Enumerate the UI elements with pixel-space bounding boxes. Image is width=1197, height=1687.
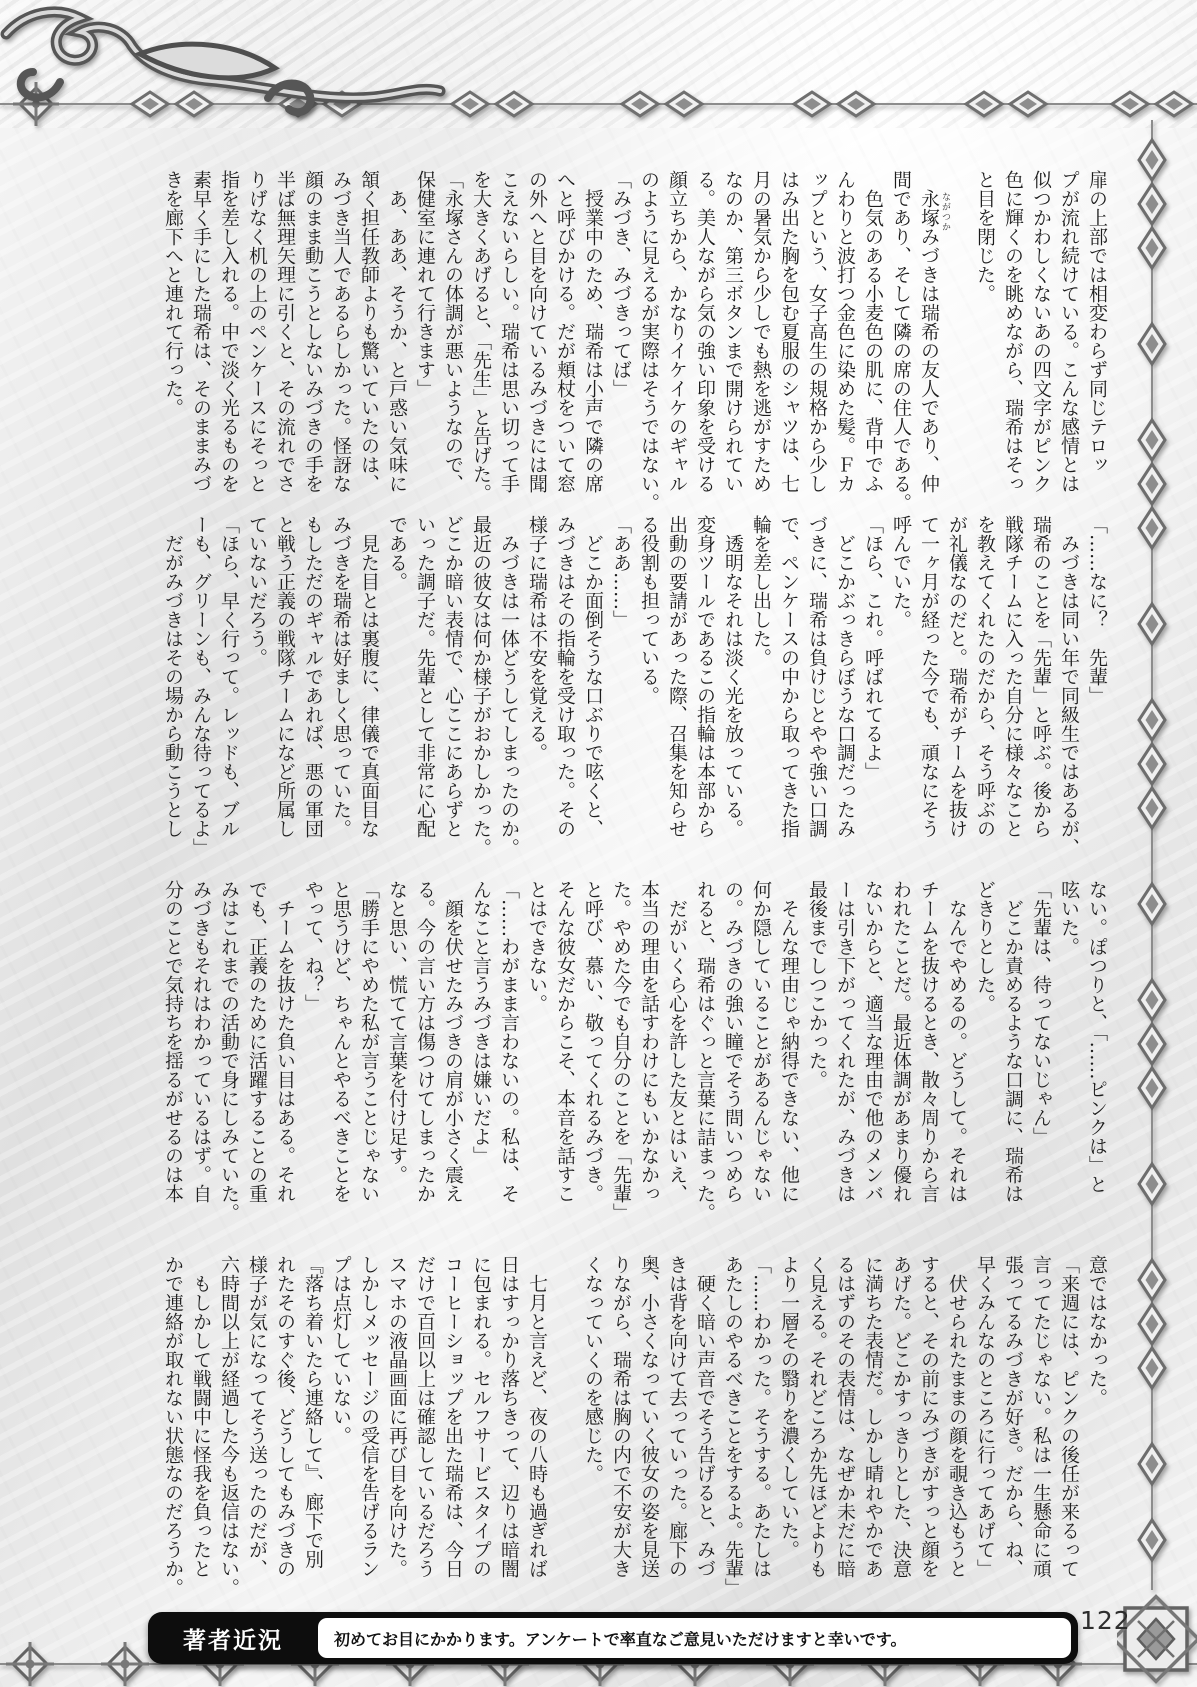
page-number: 122 — [1080, 1606, 1131, 1635]
book-page: 扉の上部では相変わらず同じテロッ プが流れ続けている。こんな感情とは 似つかわし… — [0, 0, 1197, 1687]
right-border-ornament — [1116, 120, 1188, 1590]
corner-flourish-ornament — [0, 2, 460, 124]
text-block-3: ない。ぽつりと、「……ピンクは」と 呟いた。 「先輩は、待ってないじゃん」 どこ… — [159, 880, 1111, 1230]
furigana-nagatsuka: ながつか — [939, 192, 952, 232]
author-note-label: 著者近況 — [148, 1622, 318, 1655]
text-block-1: 扉の上部では相変わらず同じテロッ プが流れ続けている。こんな感情とは 似つかわし… — [159, 170, 1111, 520]
author-note-bar: 著者近況 初めてお目にかかります。アンケートで率直なご意見いただけますと幸いです… — [148, 1612, 1078, 1664]
author-note-message: 初めてお目にかかります。アンケートで率直なご意見いただけますと幸いです。 — [334, 1627, 906, 1650]
text-block-4: 意ではなかった。 「来週には、ピンクの後任が来るって 言ってたじゃない。私は一生… — [159, 1255, 1111, 1605]
text-block-2: 「……なに？ 先輩」 みづきは同い年で同級生ではあるが、 瑞希のことを「先輩」と… — [159, 515, 1111, 865]
author-note-message-box: 初めてお目にかかります。アンケートで率直なご意見いただけますと幸いです。 — [318, 1618, 1071, 1658]
